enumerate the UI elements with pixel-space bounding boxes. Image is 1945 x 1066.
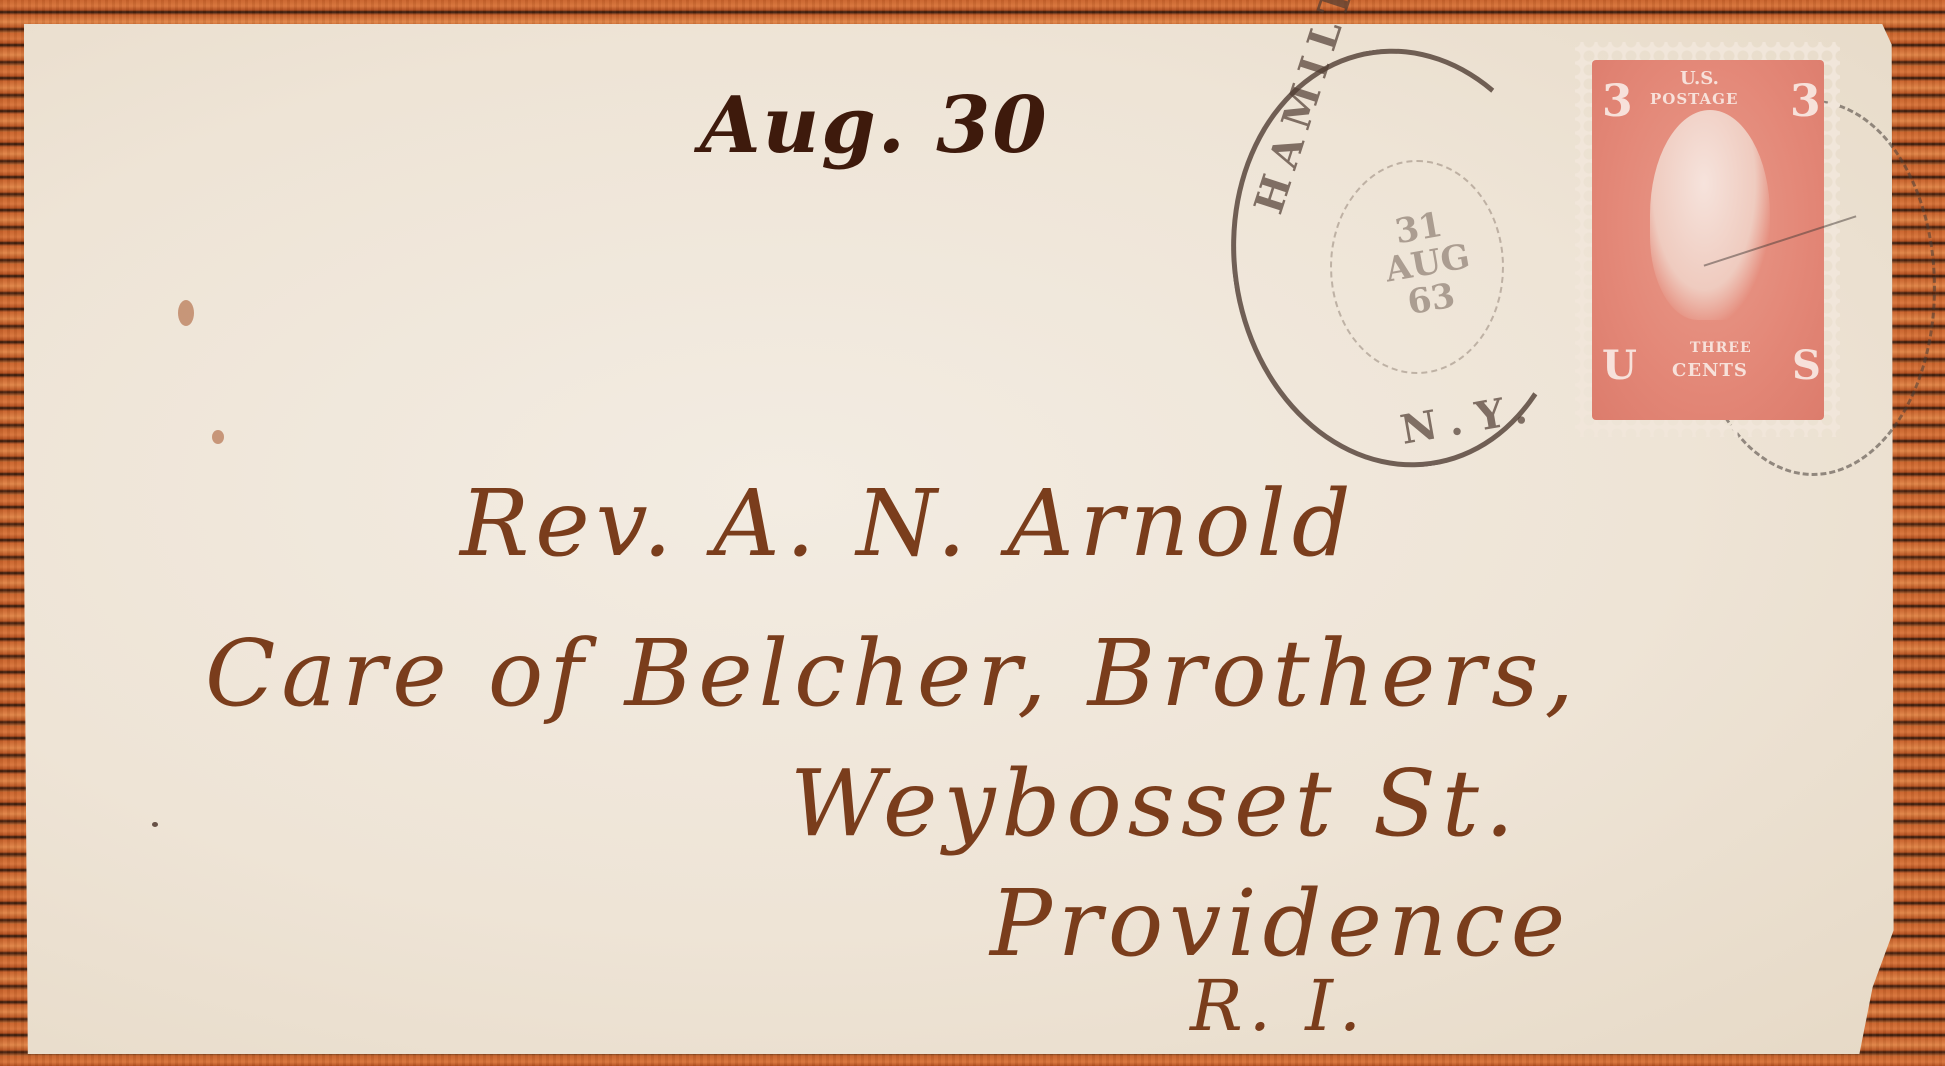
stain-spot bbox=[178, 300, 194, 326]
stamp-cents-label: CENTS bbox=[1672, 360, 1748, 381]
address-care-of: Care of Belcher, Brothers, bbox=[205, 620, 1580, 727]
address-state: R. I. bbox=[1190, 965, 1367, 1047]
date-note: Aug. 30 bbox=[700, 80, 1049, 171]
address-recipient: Rev. A. N. Arnold bbox=[460, 470, 1357, 577]
address-street: Weybosset St. bbox=[790, 750, 1520, 857]
stamp-corner-top-right: 3 bbox=[1790, 76, 1821, 127]
stamp-corner-bottom-left: U bbox=[1602, 342, 1637, 389]
stamp-corner-top-left: 3 bbox=[1602, 76, 1633, 127]
stamp-postage-label: POSTAGE bbox=[1650, 90, 1738, 108]
stain-spot bbox=[212, 430, 224, 444]
address-city: Providence bbox=[990, 870, 1571, 977]
stamp-corner-bottom-right: S bbox=[1792, 342, 1821, 389]
stamp-value-label: THREE bbox=[1690, 340, 1752, 356]
washington-portrait-icon bbox=[1650, 110, 1770, 320]
ink-dot bbox=[152, 822, 158, 827]
stamp-us-label: U.S. bbox=[1680, 68, 1719, 89]
